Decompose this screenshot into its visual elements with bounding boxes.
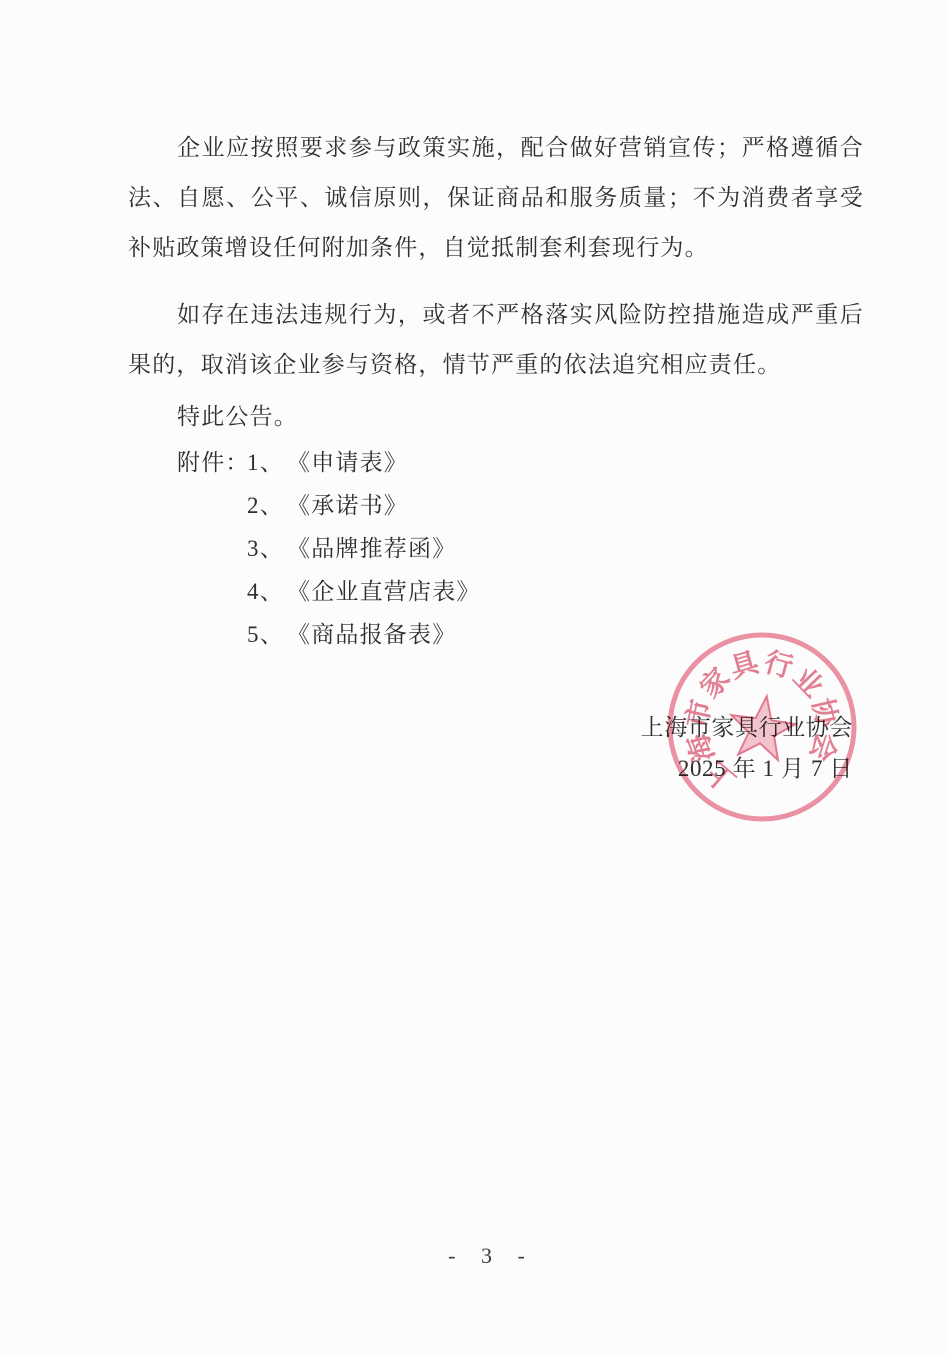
closing-announcement-line: 特此公告。	[128, 394, 864, 440]
attachment-item: 5、《商品报备表》	[177, 613, 481, 656]
attachment-title: 《品牌推荐函》	[287, 536, 456, 561]
attachment-item: 2、《承诺书》	[177, 484, 481, 527]
attachments-label: 附件：	[177, 441, 247, 484]
attachment-title: 《企业直营店表》	[287, 579, 481, 604]
signature-organization: 上海市家具行业协会	[641, 709, 853, 742]
attachment-title: 《申请表》	[287, 450, 408, 475]
svg-text:业: 业	[787, 661, 829, 703]
attachment-number: 2、	[247, 484, 287, 527]
attachment-item: 附件：1、《申请表》	[177, 441, 481, 484]
attachment-title: 《承诺书》	[287, 493, 408, 518]
body-text: 企业应按照要求参与政策实施，配合做好营销宣传；严格遵循合法、自愿、公平、诚信原则…	[128, 123, 864, 440]
svg-text:家: 家	[694, 662, 737, 704]
attachments-list: 附件：1、《申请表》 2、《承诺书》 3、《品牌推荐函》 4、《企业直营店表》 …	[177, 441, 481, 656]
paragraph-penalty: 如存在违法违规行为，或者不严格落实风险防控措施造成严重后果的，取消该企业参与资格…	[128, 290, 864, 390]
attachment-number: 3、	[247, 527, 287, 570]
attachment-number: 1、	[247, 441, 287, 484]
svg-text:行: 行	[761, 646, 796, 684]
paragraph-compliance: 企业应按照要求参与政策实施，配合做好营销宣传；严格遵循合法、自愿、公平、诚信原则…	[128, 123, 864, 273]
attachment-item: 4、《企业直营店表》	[177, 570, 481, 613]
attachment-item: 3、《品牌推荐函》	[177, 527, 481, 570]
signature-date: 2025 年 1 月 7 日	[678, 750, 853, 783]
page-number: - 3 -	[0, 1243, 947, 1269]
document-page: 企业应按照要求参与政策实施，配合做好营销宣传；严格遵循合法、自愿、公平、诚信原则…	[0, 0, 947, 1355]
svg-text:具: 具	[726, 646, 764, 685]
attachment-number: 5、	[247, 613, 287, 656]
attachment-number: 4、	[247, 570, 287, 613]
attachment-title: 《商品报备表》	[287, 622, 456, 647]
